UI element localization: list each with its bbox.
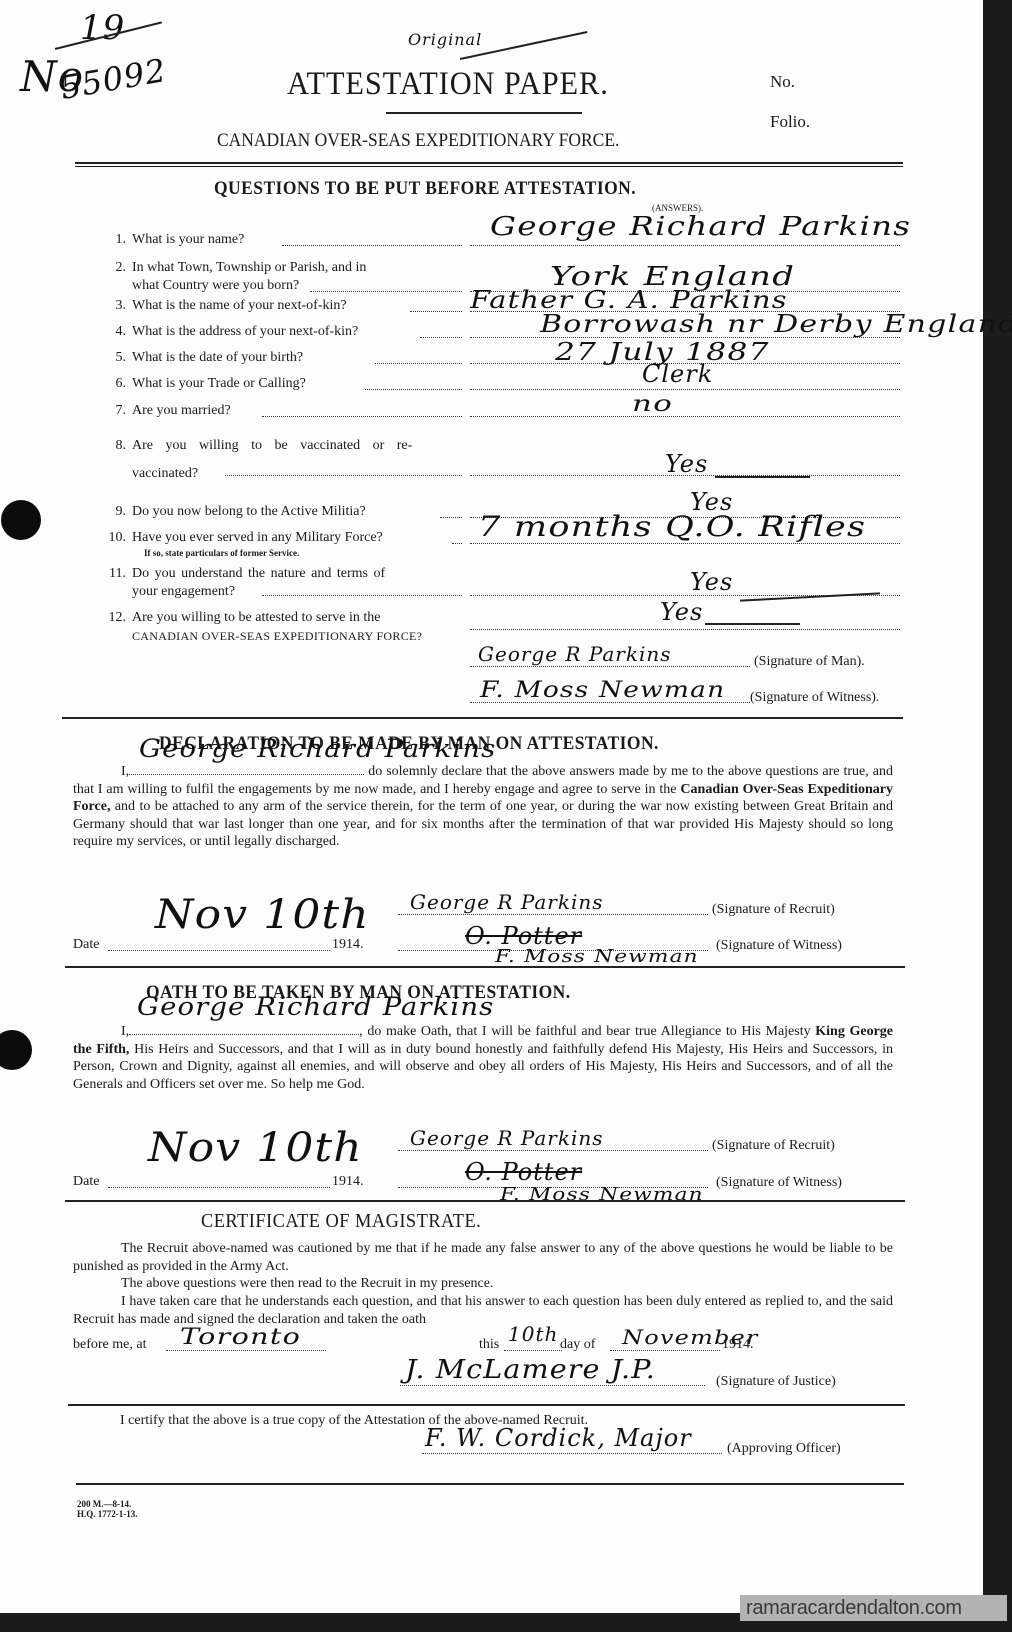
question-9: 9.Do you now belong to the Active Militi…: [104, 503, 464, 521]
oath-name: George Richard Parkins: [137, 998, 494, 1016]
declaration-name-field: George Richard Parkins: [129, 760, 364, 775]
oath-witness-signature: O. Potter: [465, 1158, 582, 1186]
question-12: 12.Are you willing to be attested to ser…: [104, 609, 464, 645]
question-3-leader: [410, 311, 462, 312]
this-label: this: [479, 1337, 499, 1353]
print-code-2: H.Q. 1772-1-13.: [77, 1509, 138, 1519]
answer-10: 7 months Q.O. Rifles: [478, 510, 866, 543]
certificate-year: 1914.: [722, 1337, 754, 1353]
answer-10-line: [470, 543, 900, 544]
punch-hole-bottom: [0, 1030, 32, 1070]
print-code-1: 200 M.—8-14.: [77, 1499, 131, 1509]
annotation-original: Original: [408, 30, 482, 49]
header-double-rule-1: [75, 162, 903, 164]
section-divider-1: [62, 717, 903, 719]
oath-name-field: George Richard Parkins: [129, 1020, 359, 1035]
attestation-paper: No 19 55092 Original ATTESTATION PAPER. …: [0, 0, 983, 1613]
answer-12-flourish: [705, 623, 800, 625]
folio-label: Folio.: [770, 112, 810, 132]
declaration-recruit-signature: George R Parkins: [410, 890, 604, 914]
day-line: [504, 1350, 562, 1351]
answer-8: Yes: [665, 450, 708, 478]
answer-7: no: [632, 392, 673, 417]
answer-1-line: [470, 245, 900, 246]
question-6-leader: [365, 389, 462, 390]
certificate-heading: CERTIFICATE OF MAGISTRATE.: [201, 1210, 481, 1233]
website-watermark: ramaracardendalton.com: [740, 1595, 1007, 1621]
answer-11-flourish: [740, 592, 880, 601]
question-4-leader: [420, 337, 462, 338]
answer-11: Yes: [690, 568, 733, 596]
section-divider-3: [65, 1200, 905, 1202]
oath-recruit-signature: George R Parkins: [410, 1126, 604, 1150]
declaration-text: I,George Richard Parkins do solemnly dec…: [73, 760, 893, 851]
punch-hole-top: [1, 500, 41, 540]
approving-officer-signature: F. W. Cordick, Major: [425, 1424, 692, 1452]
declaration-recruit-signature-label: (Signature of Recruit): [712, 902, 835, 918]
oath-date-label: Date: [73, 1174, 99, 1190]
month-line: [610, 1350, 720, 1351]
justice-signature-line: [400, 1385, 705, 1386]
oath-witness-signature-label: (Signature of Witness): [716, 1175, 842, 1191]
declaration-recruit-sig-line: [398, 914, 708, 915]
certificate-para-2: The above questions were then read to th…: [73, 1275, 893, 1293]
declaration-date: Nov 10th: [155, 892, 370, 938]
declaration-witness-signature-label: (Signature of Witness): [716, 938, 842, 954]
certificate-para-1: The Recruit above-named was cautioned by…: [73, 1240, 893, 1275]
section-divider-5: [76, 1483, 904, 1485]
question-1: 1.What is your name?: [104, 231, 464, 249]
document-title: ATTESTATION PAPER.: [287, 66, 609, 103]
approving-officer-line: [422, 1453, 722, 1454]
signature-of-man: George R Parkins: [478, 642, 672, 666]
question-8: 8.Are you willing to be vaccinated or re…: [104, 432, 464, 488]
certificate-day: 10th: [508, 1322, 558, 1346]
header-double-rule-2: [75, 166, 903, 167]
question-9-leader: [440, 517, 462, 518]
answer-4: Borrowash nr Derby England: [540, 310, 1012, 338]
justice-signature-label: (Signature of Justice): [716, 1374, 836, 1390]
place-line: [166, 1350, 326, 1351]
no-label: No.: [770, 72, 795, 92]
answer-8-flourish: [715, 476, 810, 478]
question-5-leader: [375, 363, 462, 364]
question-2: 2.In what Town, Township or Parish, and …: [104, 259, 464, 295]
question-8-leader: [225, 475, 462, 476]
question-7: 7.Are you married?: [104, 402, 464, 420]
oath-recruit-sig-line: [398, 1150, 708, 1151]
declaration-witness-signature-2: F. Moss Newman: [495, 946, 699, 967]
question-5: 5.What is the date of your birth?: [104, 349, 464, 367]
questions-heading: QUESTIONS TO BE PUT BEFORE ATTESTATION.: [214, 178, 636, 200]
declaration-date-label: Date: [73, 937, 99, 953]
question-3: 3.What is the name of your next-of-kin?: [104, 297, 464, 315]
day-of-label: day of: [560, 1337, 595, 1353]
oath-recruit-signature-label: (Signature of Recruit): [712, 1138, 835, 1154]
certificate-para-3: I have taken care that he understands ea…: [73, 1293, 893, 1328]
justice-signature: J. McLamere J.P.: [405, 1355, 656, 1385]
answer-12: Yes: [660, 598, 703, 626]
approving-officer-label: (Approving Officer): [727, 1441, 841, 1457]
question-7-leader: [262, 416, 462, 417]
question-4: 4.What is the address of your next-of-ki…: [104, 323, 464, 341]
question-10-leader: [452, 543, 462, 544]
signature-of-man-label: (Signature of Man).: [754, 654, 865, 670]
answer-6-line: [470, 389, 900, 390]
answer-12-line: [470, 629, 900, 630]
declaration-name: George Richard Parkins: [139, 740, 496, 758]
before-me-label: before me, at: [73, 1337, 146, 1353]
signature-of-witness-label: (Signature of Witness).: [750, 690, 879, 706]
oath-year: 1914.: [332, 1174, 364, 1190]
signature-of-witness: F. Moss Newman: [480, 678, 725, 703]
oath-date: Nov 10th: [148, 1125, 363, 1171]
oath-date-line: [108, 1187, 330, 1188]
question-6: 6.What is your Trade or Calling?: [104, 375, 464, 393]
section-divider-2: [65, 966, 905, 968]
oath-text: I,George Richard Parkins, do make Oath, …: [73, 1020, 893, 1093]
section-divider-4: [68, 1404, 905, 1406]
signature-of-man-line: [470, 666, 750, 667]
question-10: 10.Have you ever served in any Military …: [104, 529, 464, 559]
question-2-leader: [310, 291, 462, 292]
document-subtitle: CANADIAN OVER-SEAS EXPEDITIONARY FORCE.: [217, 130, 619, 152]
answer-6: Clerk: [642, 360, 713, 388]
question-1-leader: [282, 245, 462, 246]
question-11-leader: [262, 595, 462, 596]
answer-7-line: [470, 416, 900, 417]
certificate-place: Toronto: [180, 1325, 301, 1350]
declaration-year: 1914.: [332, 937, 364, 953]
title-underline: [386, 112, 582, 114]
declaration-date-line: [108, 950, 330, 951]
answer-1: George Richard Parkins: [490, 212, 911, 242]
